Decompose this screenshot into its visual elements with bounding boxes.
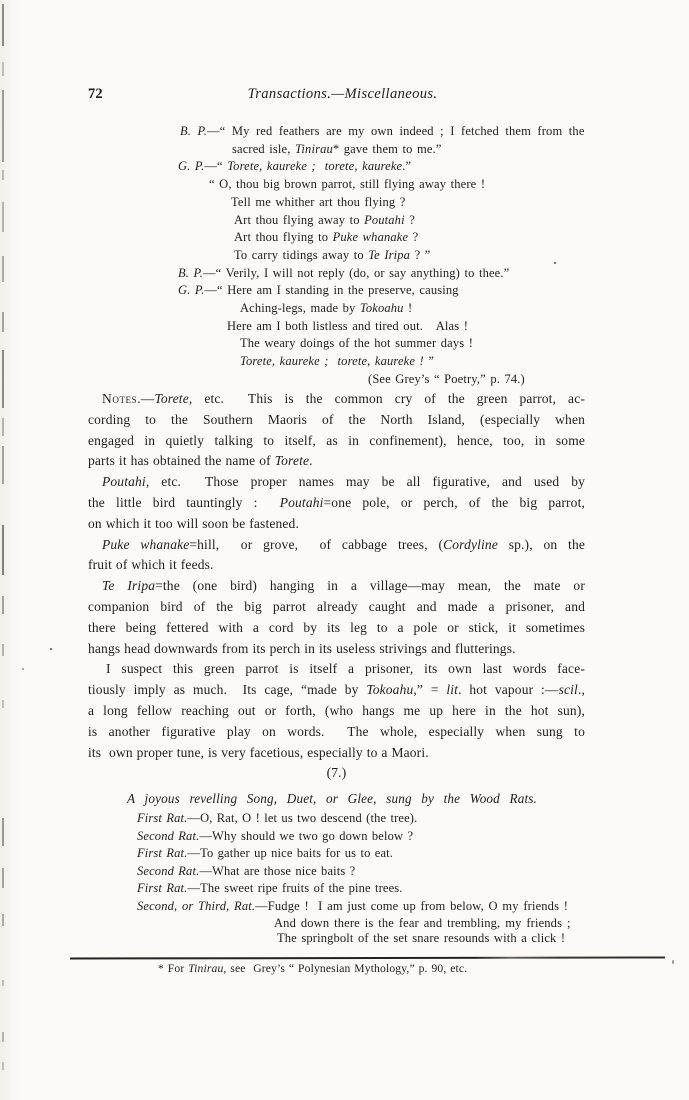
verse-line: The springbolt of the set snare resounds… xyxy=(277,931,618,947)
verse-line: G. P.—“ Here am I standing in the preser… xyxy=(178,282,618,300)
scan-mark xyxy=(2,4,4,46)
verse-line: And down there is the fear and trembling… xyxy=(274,916,618,932)
verse-line: Art thou flying to Puke whanake ? xyxy=(234,229,618,247)
scan-mark xyxy=(2,90,4,162)
prose-line: companion bird of the big parrot already… xyxy=(88,597,585,618)
scan-mark xyxy=(2,700,4,708)
section-number: (7.) xyxy=(88,765,585,781)
verse-line: The weary doings of the hot summer days … xyxy=(240,335,618,353)
scan-mark xyxy=(2,418,4,436)
page-number: 72 xyxy=(88,86,103,103)
verse-line: sacred isle, Tinirau* gave them to me.” xyxy=(232,141,618,159)
scan-mark xyxy=(2,525,4,575)
prose-line: there being fettered with a cord by its … xyxy=(88,618,585,639)
running-header: 72 Transactions.—Miscellaneous. xyxy=(88,86,585,106)
prose-line: Poutahi, etc. Those proper names may be … xyxy=(88,472,585,493)
scan-mark xyxy=(2,446,4,484)
verse-line: Second, or Third, Rat.—Fudge ! I am just… xyxy=(137,898,618,916)
verse-line: Art thou flying away to Poutahi ? xyxy=(234,212,618,230)
parrot-song: B. P.—“ My red feathers are my own indee… xyxy=(88,123,618,389)
verse-line: Aching-legs, made by Tokoahu ! xyxy=(240,300,618,318)
verse-line: Second Rat.—What are those nice baits ? xyxy=(137,863,618,881)
verse-line: B. P.—“ My red feathers are my own indee… xyxy=(180,123,618,141)
verse-line: G. P.—“ Torete, kaureke ; torete, kaurek… xyxy=(178,158,618,176)
scan-mark xyxy=(2,914,4,926)
verse-line: Tell me whither art thou flying ? xyxy=(231,194,618,212)
scan-speck xyxy=(22,668,24,670)
song-heading: A joyous revelling Song, Duet, or Glee, … xyxy=(127,790,537,807)
scan-mark xyxy=(2,644,4,656)
verse-line: To carry tidings away to Te Iripa ? ” xyxy=(234,247,618,265)
prose-line: a long fellow reaching out or forth, (wh… xyxy=(88,701,585,722)
scan-mark xyxy=(2,62,4,76)
verse-line: First Rat.—To gather up nice baits for u… xyxy=(137,845,618,863)
notes-section: Notes.—Torete, etc. This is the common c… xyxy=(88,389,585,763)
scan-speck xyxy=(672,960,674,964)
prose-line: the little bird tauntingly : Poutahi=one… xyxy=(88,493,585,514)
prose-line: tiously imply as much. Its cage, “made b… xyxy=(88,680,585,701)
prose-line: is another figurative play on words. The… xyxy=(88,722,585,743)
prose-line: Puke whanake=hill, or grove, of cabbage … xyxy=(88,535,585,556)
scanned-book-page: 72 Transactions.—Miscellaneous. B. P.—“ … xyxy=(0,0,689,1100)
scan-speck xyxy=(50,648,52,650)
prose-line: hangs head downwards from its perch in i… xyxy=(88,639,585,660)
verse-line: Here am I both listless and tired out. A… xyxy=(227,318,618,336)
verse-line: First Rat.—The sweet ripe fruits of the … xyxy=(137,880,618,898)
prose-line: Te Iripa=the (one bird) hanging in a vil… xyxy=(88,576,585,597)
prose-line: its own proper tune, is very facetious, … xyxy=(88,743,585,764)
prose-line: Notes.—Torete, etc. This is the common c… xyxy=(88,389,585,410)
prose-line: I suspect this green parrot is itself a … xyxy=(88,659,585,680)
prose-line: on which it too will soon be fastened. xyxy=(88,514,585,535)
scan-mark xyxy=(2,818,4,846)
prose-line: fruit of which it feeds. xyxy=(88,555,585,576)
rat-song: First Rat.—O, Rat, O ! let us two descen… xyxy=(88,810,618,947)
running-head-title: Transactions.—Miscellaneous. xyxy=(88,86,585,103)
verse-line: “ O, thou big brown parrot, still flying… xyxy=(209,176,618,194)
scan-mark xyxy=(2,1062,4,1070)
scan-mark xyxy=(2,202,4,232)
footnote-rule xyxy=(70,956,665,959)
scan-mark xyxy=(2,596,4,614)
scan-mark xyxy=(2,312,4,332)
prose-line: parts it has obtained the name of Torete… xyxy=(88,451,585,472)
scan-mark xyxy=(2,980,4,986)
verse-line: Second Rat.—Why should we two go down be… xyxy=(137,828,618,846)
verse-line: Torete, kaureke ; torete, kaureke ! ” xyxy=(240,353,618,371)
scan-mark xyxy=(2,256,4,282)
scan-mark xyxy=(2,1032,4,1042)
scan-mark xyxy=(2,170,4,180)
scan-mark xyxy=(2,868,4,888)
prose-line: cording to the Southern Maoris of the No… xyxy=(88,410,585,431)
prose-line: engaged in quietly talking to itself, as… xyxy=(88,431,585,452)
verse-line: First Rat.—O, Rat, O ! let us two descen… xyxy=(137,810,618,828)
scan-mark xyxy=(2,350,4,408)
footnote-text: * For Tinirau, see Grey’s “ Polynesian M… xyxy=(158,962,467,975)
verse-line: B. P.—“ Verily, I will not reply (do, or… xyxy=(178,265,618,283)
verse-citation: (See Grey’s “ Poetry,” p. 74.) xyxy=(368,371,618,389)
